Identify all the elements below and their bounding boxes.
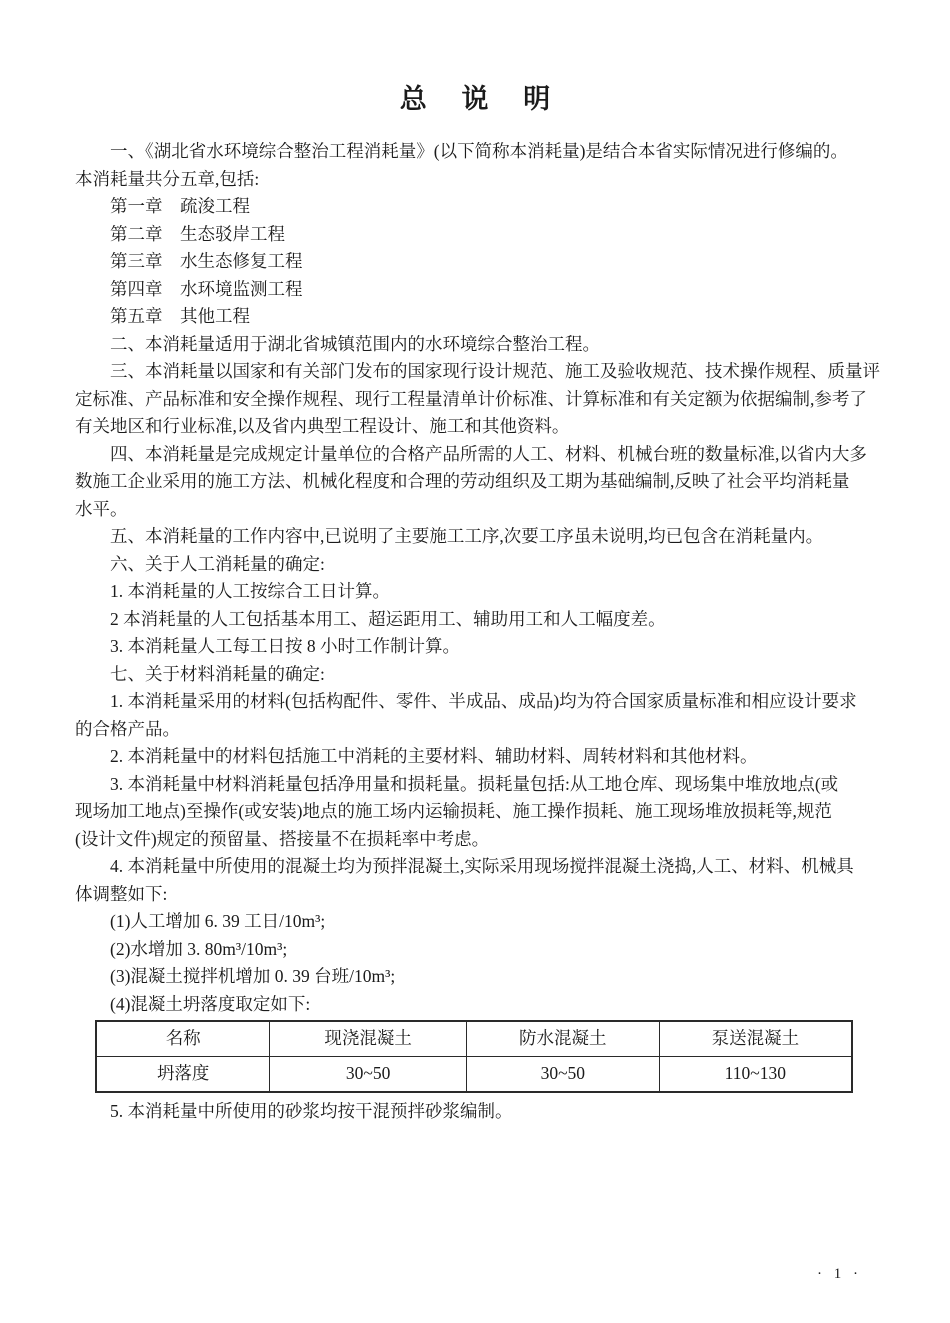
text-line: 一、《湖北省水环境综合整治工程消耗量》(以下简称本消耗量)是结合本省实际情况进行… [75,138,880,166]
paragraph-lines: 一、《湖北省水环境综合整治工程消耗量》(以下简称本消耗量)是结合本省实际情况进行… [75,138,880,1018]
text-line: (2)水增加 3. 80m³/10m³; [75,936,880,964]
text-line: 3. 本消耗量人工每工日按 8 小时工作制计算。 [75,633,880,661]
text-line: 七、关于材料消耗量的确定: [75,661,880,689]
text-line: 二、本消耗量适用于湖北省城镇范围内的水环境综合整治工程。 [75,331,880,359]
table-header-cell: 防水混凝土 [466,1021,659,1057]
table-cell: 30~50 [270,1057,467,1093]
text-line: 5. 本消耗量中所使用的砂浆均按干混预拌砂浆编制。 [75,1098,880,1126]
table-header-cell: 现浇混凝土 [270,1021,467,1057]
table-header-cell: 泵送混凝土 [659,1021,852,1057]
text-line: 体调整如下: [75,881,880,909]
text-line: (1)人工增加 6. 39 工日/10m³; [75,908,880,936]
text-line: (设计文件)规定的预留量、搭接量不在损耗率中考虑。 [75,826,880,854]
text-line: (3)混凝土搅拌机增加 0. 39 台班/10m³; [75,963,880,991]
text-line: 数施工企业采用的施工方法、机械化程度和合理的劳动组织及工期为基础编制,反映了社会… [75,468,880,496]
text-line: 第一章 疏浚工程 [75,193,880,221]
table-header-row: 名称现浇混凝土防水混凝土泵送混凝土 [96,1021,852,1057]
table-row: 坍落度30~5030~50110~130 [96,1057,852,1093]
text-line: 四、本消耗量是完成规定计量单位的合格产品所需的人工、材料、机械台班的数量标准,以… [75,441,880,469]
text-line: 1. 本消耗量采用的材料(包括构配件、零件、半成品、成品)均为符合国家质量标准和… [75,688,880,716]
page-title: 总 说 明 [0,0,950,114]
page-number: · 1 · [817,1266,862,1283]
text-line: 第四章 水环境监测工程 [75,276,880,304]
table-cell: 坍落度 [96,1057,270,1093]
table-body: 坍落度30~5030~50110~130 [96,1057,852,1093]
table-cell: 110~130 [659,1057,852,1093]
text-line: 3. 本消耗量中材料消耗量包括净用量和损耗量。损耗量包括:从工地仓库、现场集中堆… [75,771,880,799]
text-line: 三、本消耗量以国家和有关部门发布的国家现行设计规范、施工及验收规范、技术操作规程… [75,358,880,386]
text-line: 有关地区和行业标准,以及省内典型工程设计、施工和其他资料。 [75,413,880,441]
text-line: 2 本消耗量的人工包括基本用工、超运距用工、辅助用工和人工幅度差。 [75,606,880,634]
concrete-slump-table: 名称现浇混凝土防水混凝土泵送混凝土 坍落度30~5030~50110~130 [95,1020,853,1093]
text-line: 第二章 生态驳岸工程 [75,221,880,249]
text-line: 六、关于人工消耗量的确定: [75,551,880,579]
document-page: 总 说 明 一、《湖北省水环境综合整治工程消耗量》(以下简称本消耗量)是结合本省… [0,0,950,1323]
after-table-lines: 5. 本消耗量中所使用的砂浆均按干混预拌砂浆编制。 [75,1098,880,1126]
text-line: 的合格产品。 [75,716,880,744]
text-line: 现场加工地点)至操作(或安装)地点的施工场内运输损耗、施工操作损耗、施工现场堆放… [75,798,880,826]
text-line: 本消耗量共分五章,包括: [75,166,880,194]
body-text: 一、《湖北省水环境综合整治工程消耗量》(以下简称本消耗量)是结合本省实际情况进行… [75,138,880,1126]
table-header-cell: 名称 [96,1021,270,1057]
table-cell: 30~50 [466,1057,659,1093]
text-line: 水平。 [75,496,880,524]
text-line: 定标准、产品标准和安全操作规程、现行工程量清单计价标准、计算标准和有关定额为依据… [75,386,880,414]
text-line: 五、本消耗量的工作内容中,已说明了主要施工工序,次要工序虽未说明,均已包含在消耗… [75,523,880,551]
text-line: 第三章 水生态修复工程 [75,248,880,276]
text-line: 1. 本消耗量的人工按综合工日计算。 [75,578,880,606]
text-line: 2. 本消耗量中的材料包括施工中消耗的主要材料、辅助材料、周转材料和其他材料。 [75,743,880,771]
text-line: 第五章 其他工程 [75,303,880,331]
text-line: 4. 本消耗量中所使用的混凝土均为预拌混凝土,实际采用现场搅拌混凝土浇捣,人工、… [75,853,880,881]
text-line: (4)混凝土坍落度取定如下: [75,991,880,1019]
